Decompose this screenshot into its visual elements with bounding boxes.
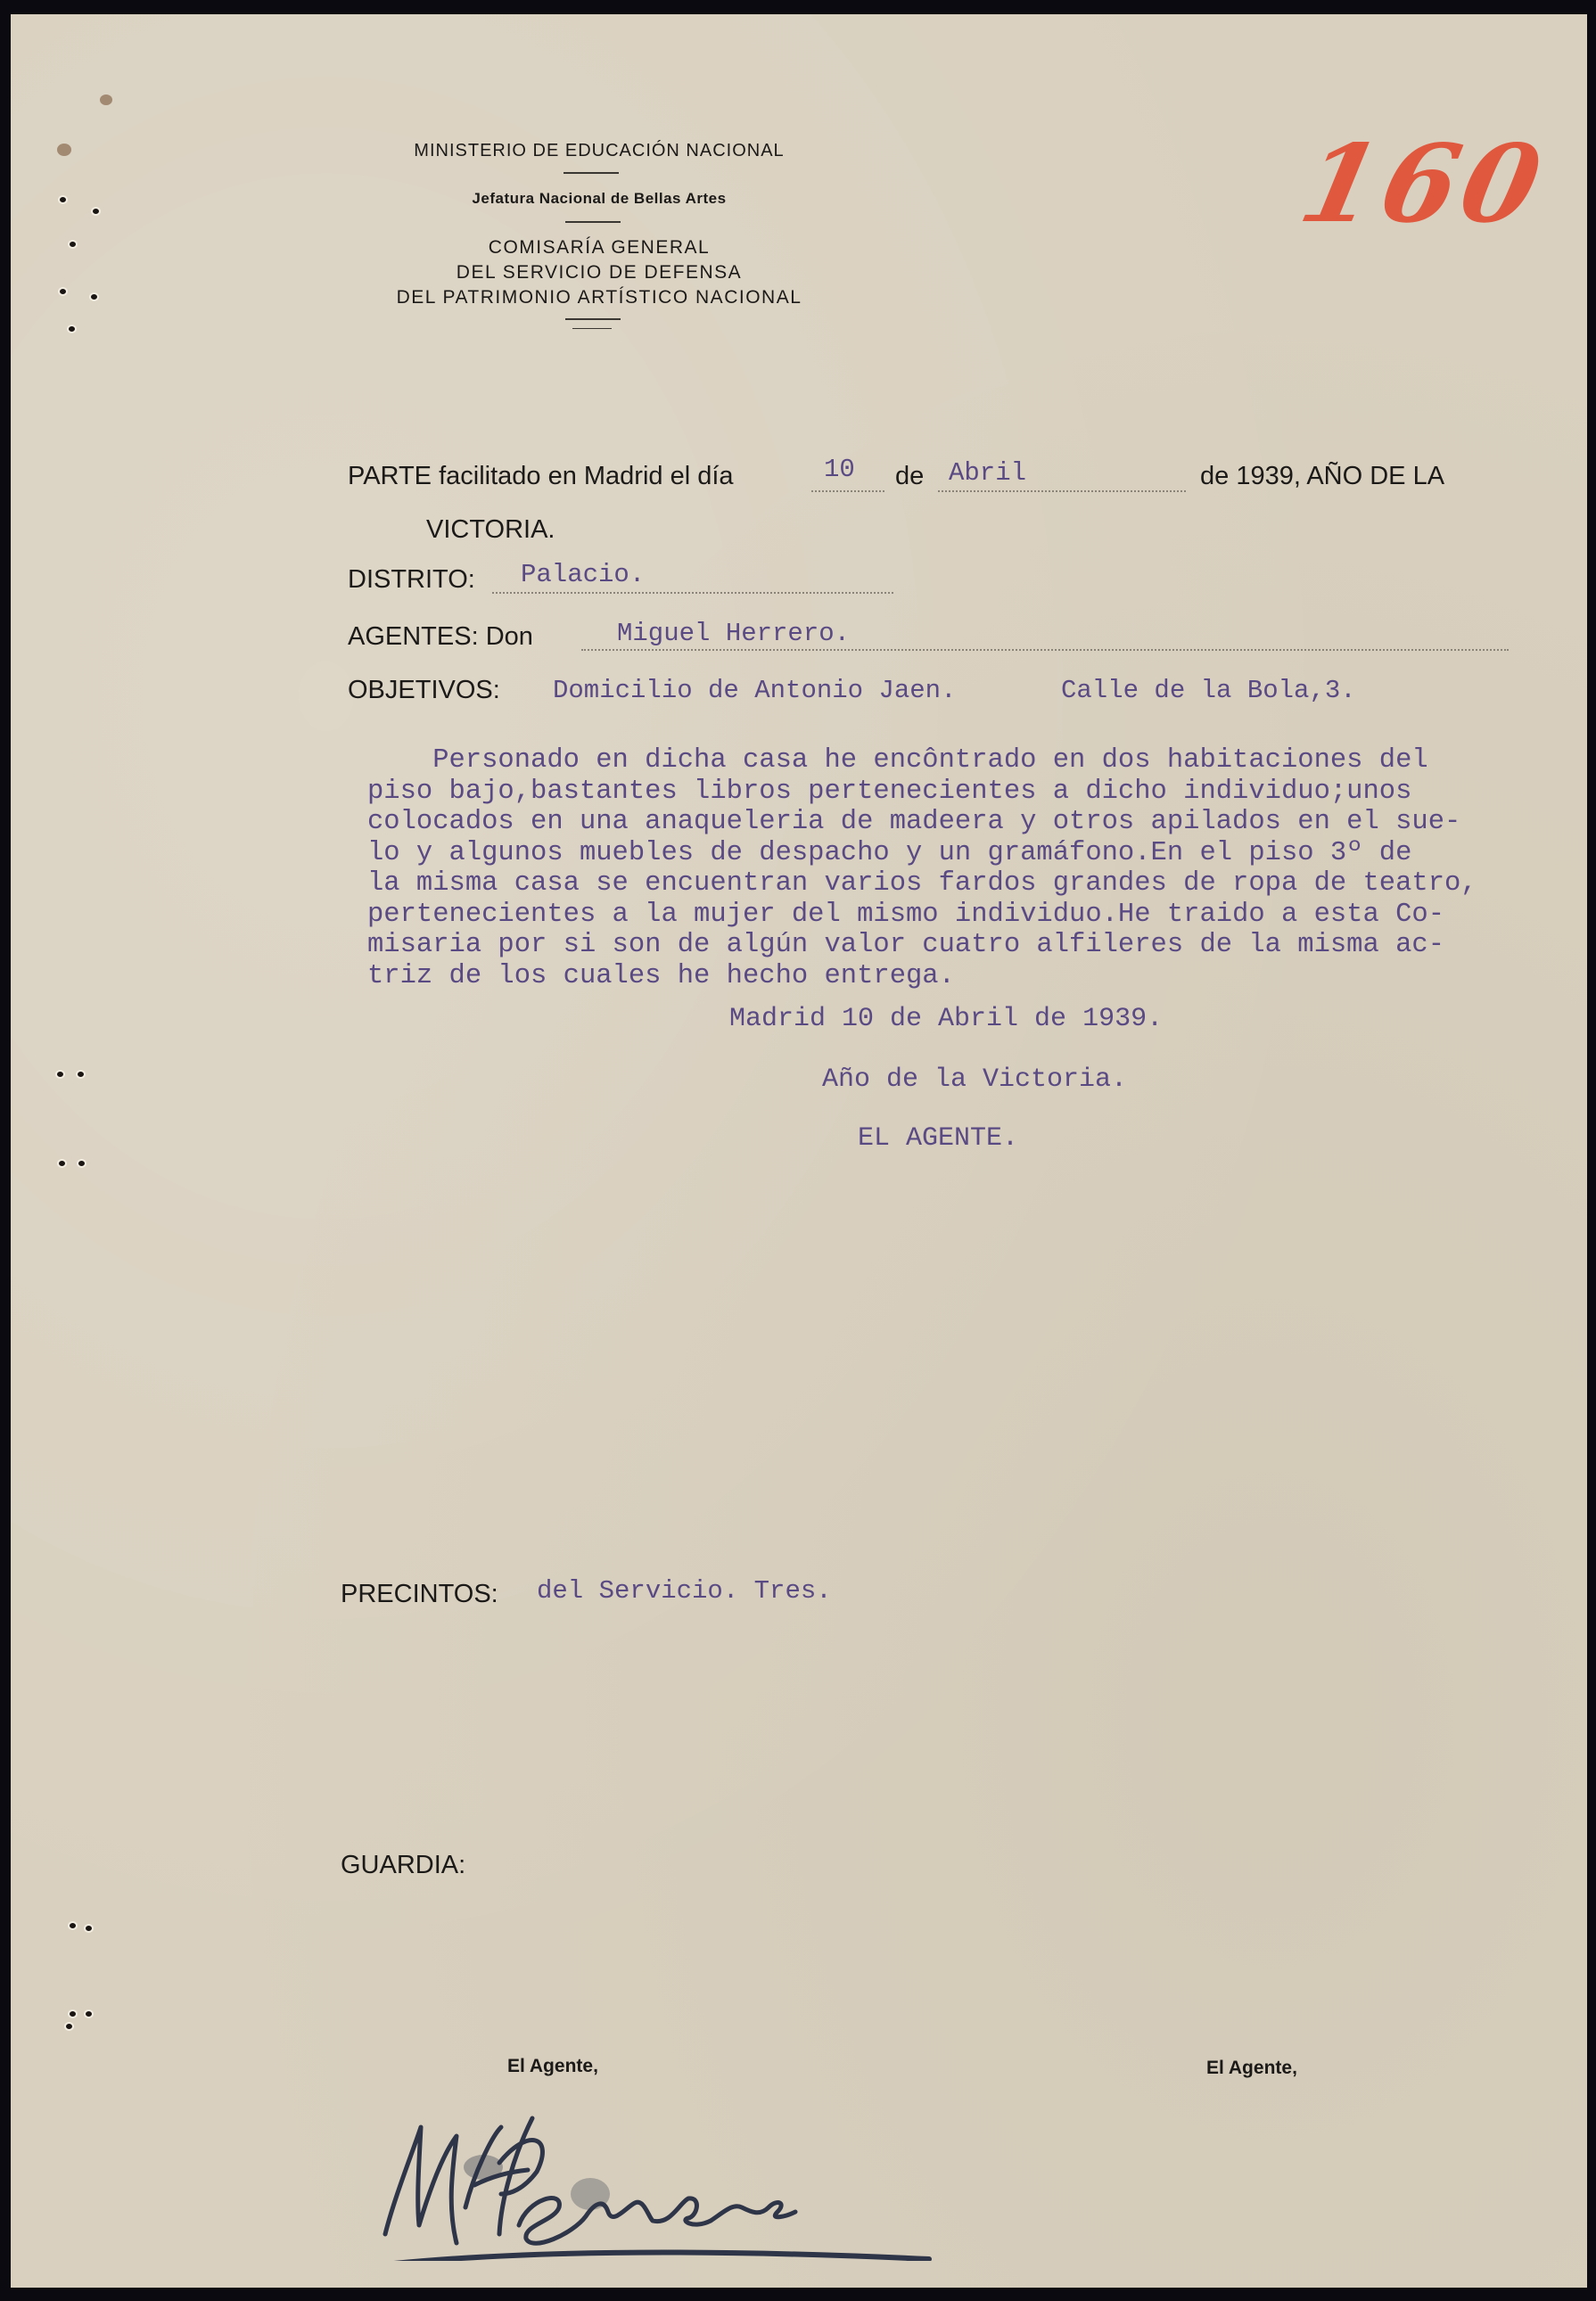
agentes-dotline xyxy=(581,649,1509,651)
punch-hole xyxy=(70,1923,76,1928)
report-body: Personado en dicha casa he encôntrado en… xyxy=(367,745,1596,991)
objetivos-label: OBJETIVOS: xyxy=(348,676,500,705)
objetivos-address: Calle de la Bola,3. xyxy=(1061,676,1356,705)
punch-hole xyxy=(70,242,76,247)
ministry-title: MINISTERIO DE EDUCACIÓN NACIONAL xyxy=(314,141,884,161)
closing-agent: EL AGENTE. xyxy=(858,1123,1018,1154)
distrito-label: DISTRITO: xyxy=(348,565,475,595)
punch-hole xyxy=(86,2011,92,2017)
parte-label: PARTE facilitado en Madrid el día xyxy=(348,462,734,491)
stain xyxy=(100,95,112,105)
punch-hole xyxy=(78,1072,84,1077)
month-dotline xyxy=(938,490,1186,492)
body-line: pertenecientes a la mujer del mismo indi… xyxy=(367,900,1596,931)
punch-hole xyxy=(70,2011,76,2017)
body-line: la misma casa se encuentran varios fardo… xyxy=(367,868,1596,900)
punch-hole xyxy=(57,1072,63,1077)
day-dotline xyxy=(811,490,884,492)
agentes-label: AGENTES: Don xyxy=(348,622,533,652)
right-agent-label: El Agente, xyxy=(1206,2058,1297,2079)
punch-hole xyxy=(69,326,75,332)
punch-hole xyxy=(66,2024,72,2029)
divider xyxy=(565,318,621,320)
comisaria-title-2: DEL SERVICIO DE DEFENSA xyxy=(314,262,884,284)
punch-hole xyxy=(91,294,97,300)
closing-year: Año de la Victoria. xyxy=(822,1064,1127,1095)
body-line: triz de los cuales he hecho entrega. xyxy=(367,961,1596,992)
day-value: 10 xyxy=(824,455,855,484)
agentes-value: Miguel Herrero. xyxy=(617,619,850,648)
comisaria-title-1: COMISARÍA GENERAL xyxy=(314,237,884,259)
divider xyxy=(572,328,612,329)
punch-hole xyxy=(59,1161,65,1166)
victoria-label: VICTORIA. xyxy=(426,515,555,545)
body-line: piso bajo,bastantes libros perteneciente… xyxy=(367,777,1596,808)
comisaria-title-3: DEL PATRIMONIO ARTÍSTICO NACIONAL xyxy=(314,287,884,308)
closing-date: Madrid 10 de Abril de 1939. xyxy=(729,1004,1163,1034)
jefatura-title: Jefatura Nacional de Bellas Artes xyxy=(314,190,884,208)
precintos-label: PRECINTOS: xyxy=(341,1580,498,1609)
month-value: Abril xyxy=(949,458,1026,488)
distrito-value: Palacio. xyxy=(521,560,645,589)
body-line: lo y algunos muebles de despacho y un gr… xyxy=(367,838,1596,869)
page-number: 160 xyxy=(1290,121,1556,247)
divider xyxy=(565,221,621,223)
left-agent-label: El Agente, xyxy=(507,2056,598,2077)
punch-hole xyxy=(78,1161,85,1166)
body-line: colocados en una anaqueleria de madeera … xyxy=(367,807,1596,838)
signature-herrero xyxy=(367,2100,938,2261)
guardia-label: GUARDIA: xyxy=(341,1851,465,1880)
divider xyxy=(564,172,619,174)
punch-hole xyxy=(93,209,99,214)
body-line: misaria por si son de algún valor cuatro… xyxy=(367,930,1596,961)
document-page: MINISTERIO DE EDUCACIÓN NACIONAL Jefatur… xyxy=(11,14,1587,2288)
year-label: de 1939, AÑO DE LA xyxy=(1200,462,1444,491)
punch-hole xyxy=(86,1926,92,1931)
objetivos-value: Domicilio de Antonio Jaen. xyxy=(553,676,956,705)
stain xyxy=(57,144,71,156)
punch-hole xyxy=(60,197,66,202)
punch-hole xyxy=(60,289,66,294)
de-label: de xyxy=(895,462,924,491)
body-line: Personado en dicha casa he encôntrado en… xyxy=(367,745,1596,777)
distrito-dotline xyxy=(492,592,893,594)
precintos-value: del Servicio. Tres. xyxy=(537,1576,832,1606)
